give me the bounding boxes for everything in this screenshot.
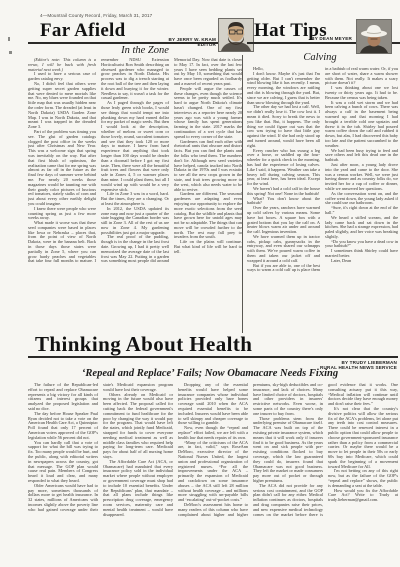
- thinking-about-health-rule: [28, 356, 398, 358]
- article-paragraph: People will argue the causes of these ch…: [174, 87, 242, 140]
- far-afield-article: (Editor's note: This column is a rerun, …: [28, 58, 242, 335]
- columnist-headshot-beard-glasses-icon: [219, 19, 253, 51]
- article-paragraph: The Affordable Care Act (ACA, or Obamaca…: [103, 460, 173, 518]
- hat-tips-rule-right: [392, 42, 400, 44]
- article-paragraph: Every rancher who has swung a leg over a…: [247, 149, 320, 187]
- thinking-about-health-article: The failure of the Republican-led effort…: [28, 383, 398, 550]
- article-paragraph: Later, Dean: [325, 259, 398, 264]
- dean-meyer-photo: [356, 19, 392, 54]
- article-paragraph: As the conversation went on, and the cof…: [325, 192, 398, 206]
- article-paragraph: We have warmed them up in tractor cabs, …: [247, 235, 320, 264]
- newspaper-page: 4—Mountrail County Record, Friday, March…: [0, 0, 400, 567]
- article-paragraph: Those problems stem from the underlying …: [253, 417, 323, 484]
- article-paragraph: We had been busy trying to feed and save…: [325, 149, 398, 163]
- article-paragraph: It was a cold wet storm and we had been …: [325, 101, 398, 149]
- article-paragraph: I was thinking about one we lost twenty …: [325, 86, 398, 100]
- article-paragraph: The other day we had lost a calf. Well, …: [247, 105, 320, 148]
- article-paragraph: It's not clear that the country's divisi…: [328, 407, 398, 469]
- hat-tips-byline: BY DEAN MEYER: [290, 36, 352, 41]
- hat-tips-rule-left: [247, 42, 356, 44]
- article-paragraph: I'm not betting on any of this right now…: [328, 469, 398, 488]
- article-paragraph: We heard a stifled scream, and the lady …: [325, 216, 398, 240]
- article-paragraph: As I paged through the pages of those le…: [101, 101, 169, 192]
- hat-tips-article: Hello,I don't know. Maybe it's just that…: [247, 67, 398, 333]
- scan-artifact: [8, 37, 10, 41]
- article-paragraph: You can hardly call that a vote of suppo…: [28, 441, 98, 484]
- columnist-headshot-cowboy-hat-icon: [357, 20, 391, 53]
- article-paragraph: Gardeners can find each other with rheto…: [174, 140, 242, 193]
- article-paragraph: “Many of the criticisms of the ACA are, …: [178, 441, 248, 503]
- article-paragraph: How would you fix the Affordable Care Ac…: [328, 489, 398, 503]
- article-paragraph: Gardens are different. The seasonal gard…: [174, 192, 242, 240]
- jerry-kram-photo: [218, 18, 254, 52]
- far-afield-headline: Far Afield: [40, 21, 126, 40]
- scan-artifact: [9, 51, 12, 54]
- article-paragraph: Dropping any of the essential benefits w…: [178, 383, 248, 426]
- article-paragraph: Others already on Medicaid or moving in …: [103, 393, 173, 460]
- article-paragraph: Part of the problem was timing you see. …: [28, 130, 96, 207]
- article-paragraph: No, I didn't feel that others were getti…: [28, 82, 96, 130]
- article-paragraph: Life in Zone 3 was in a word, hard. But …: [101, 192, 169, 206]
- article-paragraph: Now, even though the “repeal and replace…: [178, 426, 248, 440]
- article-paragraph: Life on the plains will continue. But wh…: [174, 240, 242, 254]
- article-paragraph: I don't know. Maybe it's just that I'm g…: [247, 72, 320, 106]
- section-divider-vertical: [242, 55, 243, 333]
- article-paragraph: (Editor's note: This column is a rerun, …: [28, 58, 96, 72]
- article-paragraph: In 2012, the USDA updated its zone map a…: [101, 207, 169, 236]
- article-paragraph: Over the years, ranchers have warmed up …: [247, 206, 320, 235]
- article-paragraph: The day before House Speaker Paul Ryan d…: [28, 412, 98, 441]
- page-folio-line: 4—Mountrail County Record, Friday, March…: [40, 13, 152, 18]
- thinking-about-health-subtitle: ‘Repeal and Replace’ Fails; Now Obamacar…: [70, 368, 350, 379]
- far-afield-column-title: In the Zone: [90, 45, 200, 56]
- article-paragraph: I knew there were people who were counti…: [28, 207, 96, 221]
- hat-tips-column-title: Calving: [270, 52, 370, 63]
- article-paragraph: Just after noon, a young lady drove into…: [325, 163, 398, 192]
- thinking-about-health-headline: Thinking About Health: [35, 334, 252, 355]
- article-paragraph: The failure of the Republican-led effort…: [28, 383, 98, 412]
